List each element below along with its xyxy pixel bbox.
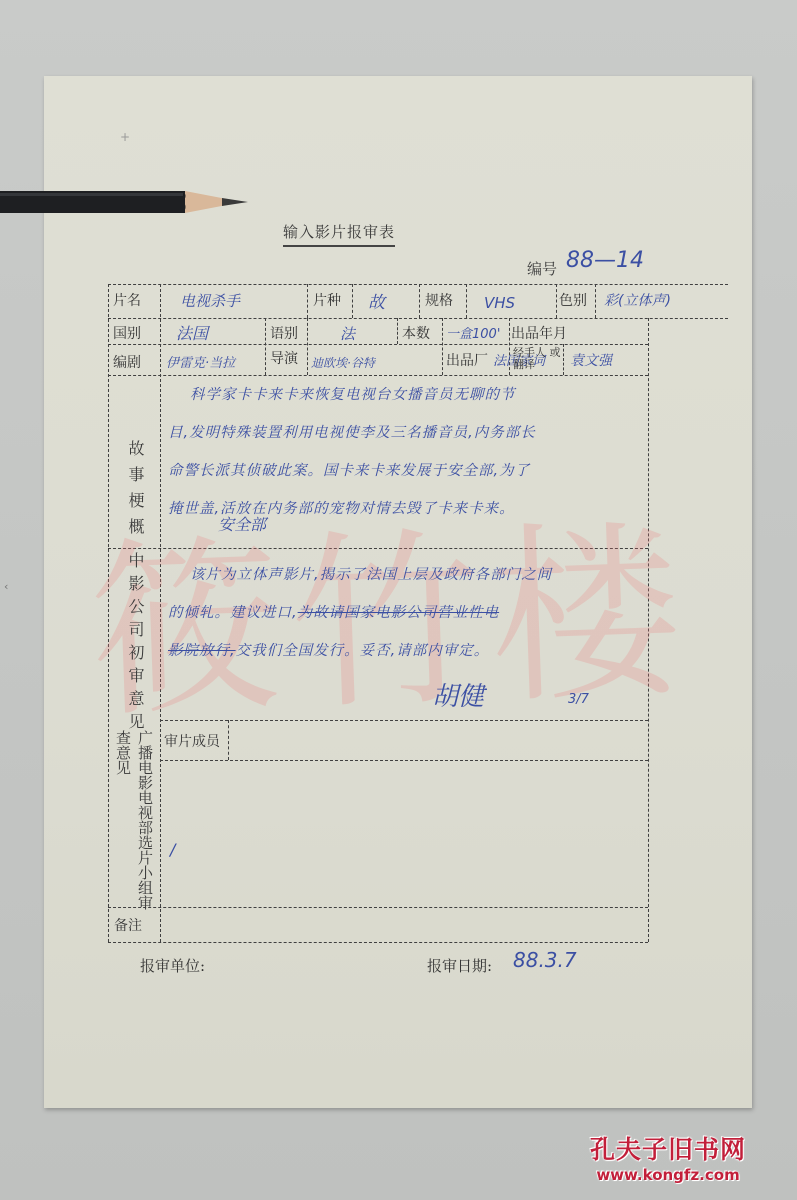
grid-line bbox=[108, 318, 728, 319]
company-opinion-label: 中影公司初审意见 bbox=[124, 552, 147, 736]
opinion-line: 该片为立体声影片,揭示了法国上层及政府各部门之间 bbox=[168, 556, 708, 594]
brand-url: www.kongfz.com bbox=[590, 1166, 746, 1184]
grid-line bbox=[307, 284, 308, 318]
grid-line bbox=[442, 318, 443, 375]
release-date-label: 出品年月 bbox=[511, 323, 567, 343]
grid-line bbox=[228, 720, 229, 760]
writer-label: 编剧 bbox=[113, 352, 141, 372]
grid-line bbox=[108, 344, 648, 345]
language-value: 法 bbox=[340, 323, 355, 344]
synopsis-text: 科学家卡卡来卡来恢复电视台女播音员无聊的节 目,发明特殊装置利用电视使李及三名播… bbox=[168, 376, 708, 528]
grid-line bbox=[108, 548, 648, 549]
synopsis-line: 命警长派其侦破此案。国卡来卡来发展于安全部,为了 bbox=[168, 452, 708, 490]
submit-date-value: 88.3.7 bbox=[513, 948, 577, 972]
synopsis-line: 科学家卡卡来卡来恢复电视台女播音员无聊的节 bbox=[168, 376, 708, 414]
serial-label: 编号 bbox=[527, 258, 557, 279]
grid-line bbox=[108, 907, 648, 908]
form-title: 输入影片报审表 bbox=[283, 221, 395, 247]
remarks-label: 备注 bbox=[114, 915, 142, 935]
grid-line bbox=[160, 760, 648, 761]
country-label: 国别 bbox=[113, 323, 141, 343]
grid-line bbox=[160, 720, 648, 721]
grid-line bbox=[352, 284, 353, 318]
studio-label: 出品厂 bbox=[446, 350, 488, 370]
review-group-label: 广播电影电视部选片小组审查意见 bbox=[112, 730, 156, 910]
struck-text: 为故请国家电影公司营业性电 bbox=[298, 605, 500, 621]
submitting-unit-label: 报审单位: bbox=[140, 955, 205, 976]
film-type-value: 故 bbox=[368, 288, 385, 313]
handler-label: 经手人 或翻译 bbox=[513, 347, 561, 371]
opinion-signature: 胡健 bbox=[432, 676, 484, 713]
brand-name: 孔夫子旧书网 bbox=[590, 1130, 746, 1166]
submit-date-label: 报审日期: bbox=[427, 955, 492, 976]
synopsis-label: 故事梗概 bbox=[124, 440, 147, 544]
writer-value: 伊雷克·当拉 bbox=[166, 352, 235, 371]
grid-line bbox=[419, 284, 420, 318]
pencil-icon bbox=[0, 187, 250, 217]
opinion-signature-date: 3/7 bbox=[568, 692, 589, 707]
opinion-line: 影院放行,交我们全国发行。妥否,请部内审定。 bbox=[168, 632, 708, 670]
language-label: 语别 bbox=[270, 323, 298, 343]
director-label: 导演 bbox=[270, 348, 298, 368]
grid-line bbox=[563, 344, 564, 375]
grid-line bbox=[466, 284, 467, 318]
color-label: 色别 bbox=[559, 290, 587, 310]
struck-text: 影院放行, bbox=[168, 643, 236, 659]
country-value: 法国 bbox=[176, 321, 208, 344]
grid-line bbox=[307, 318, 308, 375]
color-value: 彩(立体声) bbox=[604, 290, 671, 310]
handler-value: 袁文强 bbox=[570, 350, 612, 370]
film-type-label: 片种 bbox=[313, 290, 341, 310]
synopsis-signature: 安全部 bbox=[218, 512, 266, 535]
grid-line bbox=[397, 318, 398, 344]
opinion-segment: 交我们全国发行。妥否,请部内审定。 bbox=[236, 643, 490, 659]
reels-value: 一盒100' bbox=[446, 323, 500, 342]
registration-mark: + bbox=[120, 130, 130, 144]
director-value: 迪欧埃·谷特 bbox=[311, 354, 375, 371]
grid-line bbox=[265, 318, 266, 375]
format-value: VHS bbox=[484, 294, 515, 312]
synopsis-line: 目,发明特殊装置利用电视使李及三名播音员,内务部长 bbox=[168, 414, 708, 452]
serial-value: 88—14 bbox=[566, 248, 644, 273]
film-name-value: 电视杀手 bbox=[180, 290, 240, 311]
reels-label: 本数 bbox=[402, 323, 430, 343]
review-opinion-value: / bbox=[170, 840, 175, 859]
site-branding: 孔夫子旧书网 www.kongfz.com bbox=[590, 1130, 746, 1184]
grid-line bbox=[556, 284, 557, 318]
opinion-segment: 的倾轧。建议进口, bbox=[168, 605, 298, 621]
opinion-line: 的倾轧。建议进口,为故请国家电影公司营业性电 bbox=[168, 594, 708, 632]
edge-mark: ‹ bbox=[4, 580, 8, 593]
members-label: 审片成员 bbox=[164, 731, 220, 751]
grid-line bbox=[108, 284, 728, 285]
company-opinion-text: 该片为立体声影片,揭示了法国上层及政府各部门之间 的倾轧。建议进口,为故请国家电… bbox=[168, 556, 708, 670]
grid-line bbox=[160, 284, 161, 942]
format-label: 规格 bbox=[425, 290, 453, 310]
film-name-label: 片名 bbox=[113, 290, 141, 310]
grid-line bbox=[108, 942, 648, 943]
grid-line bbox=[108, 284, 109, 942]
grid-line bbox=[595, 284, 596, 318]
